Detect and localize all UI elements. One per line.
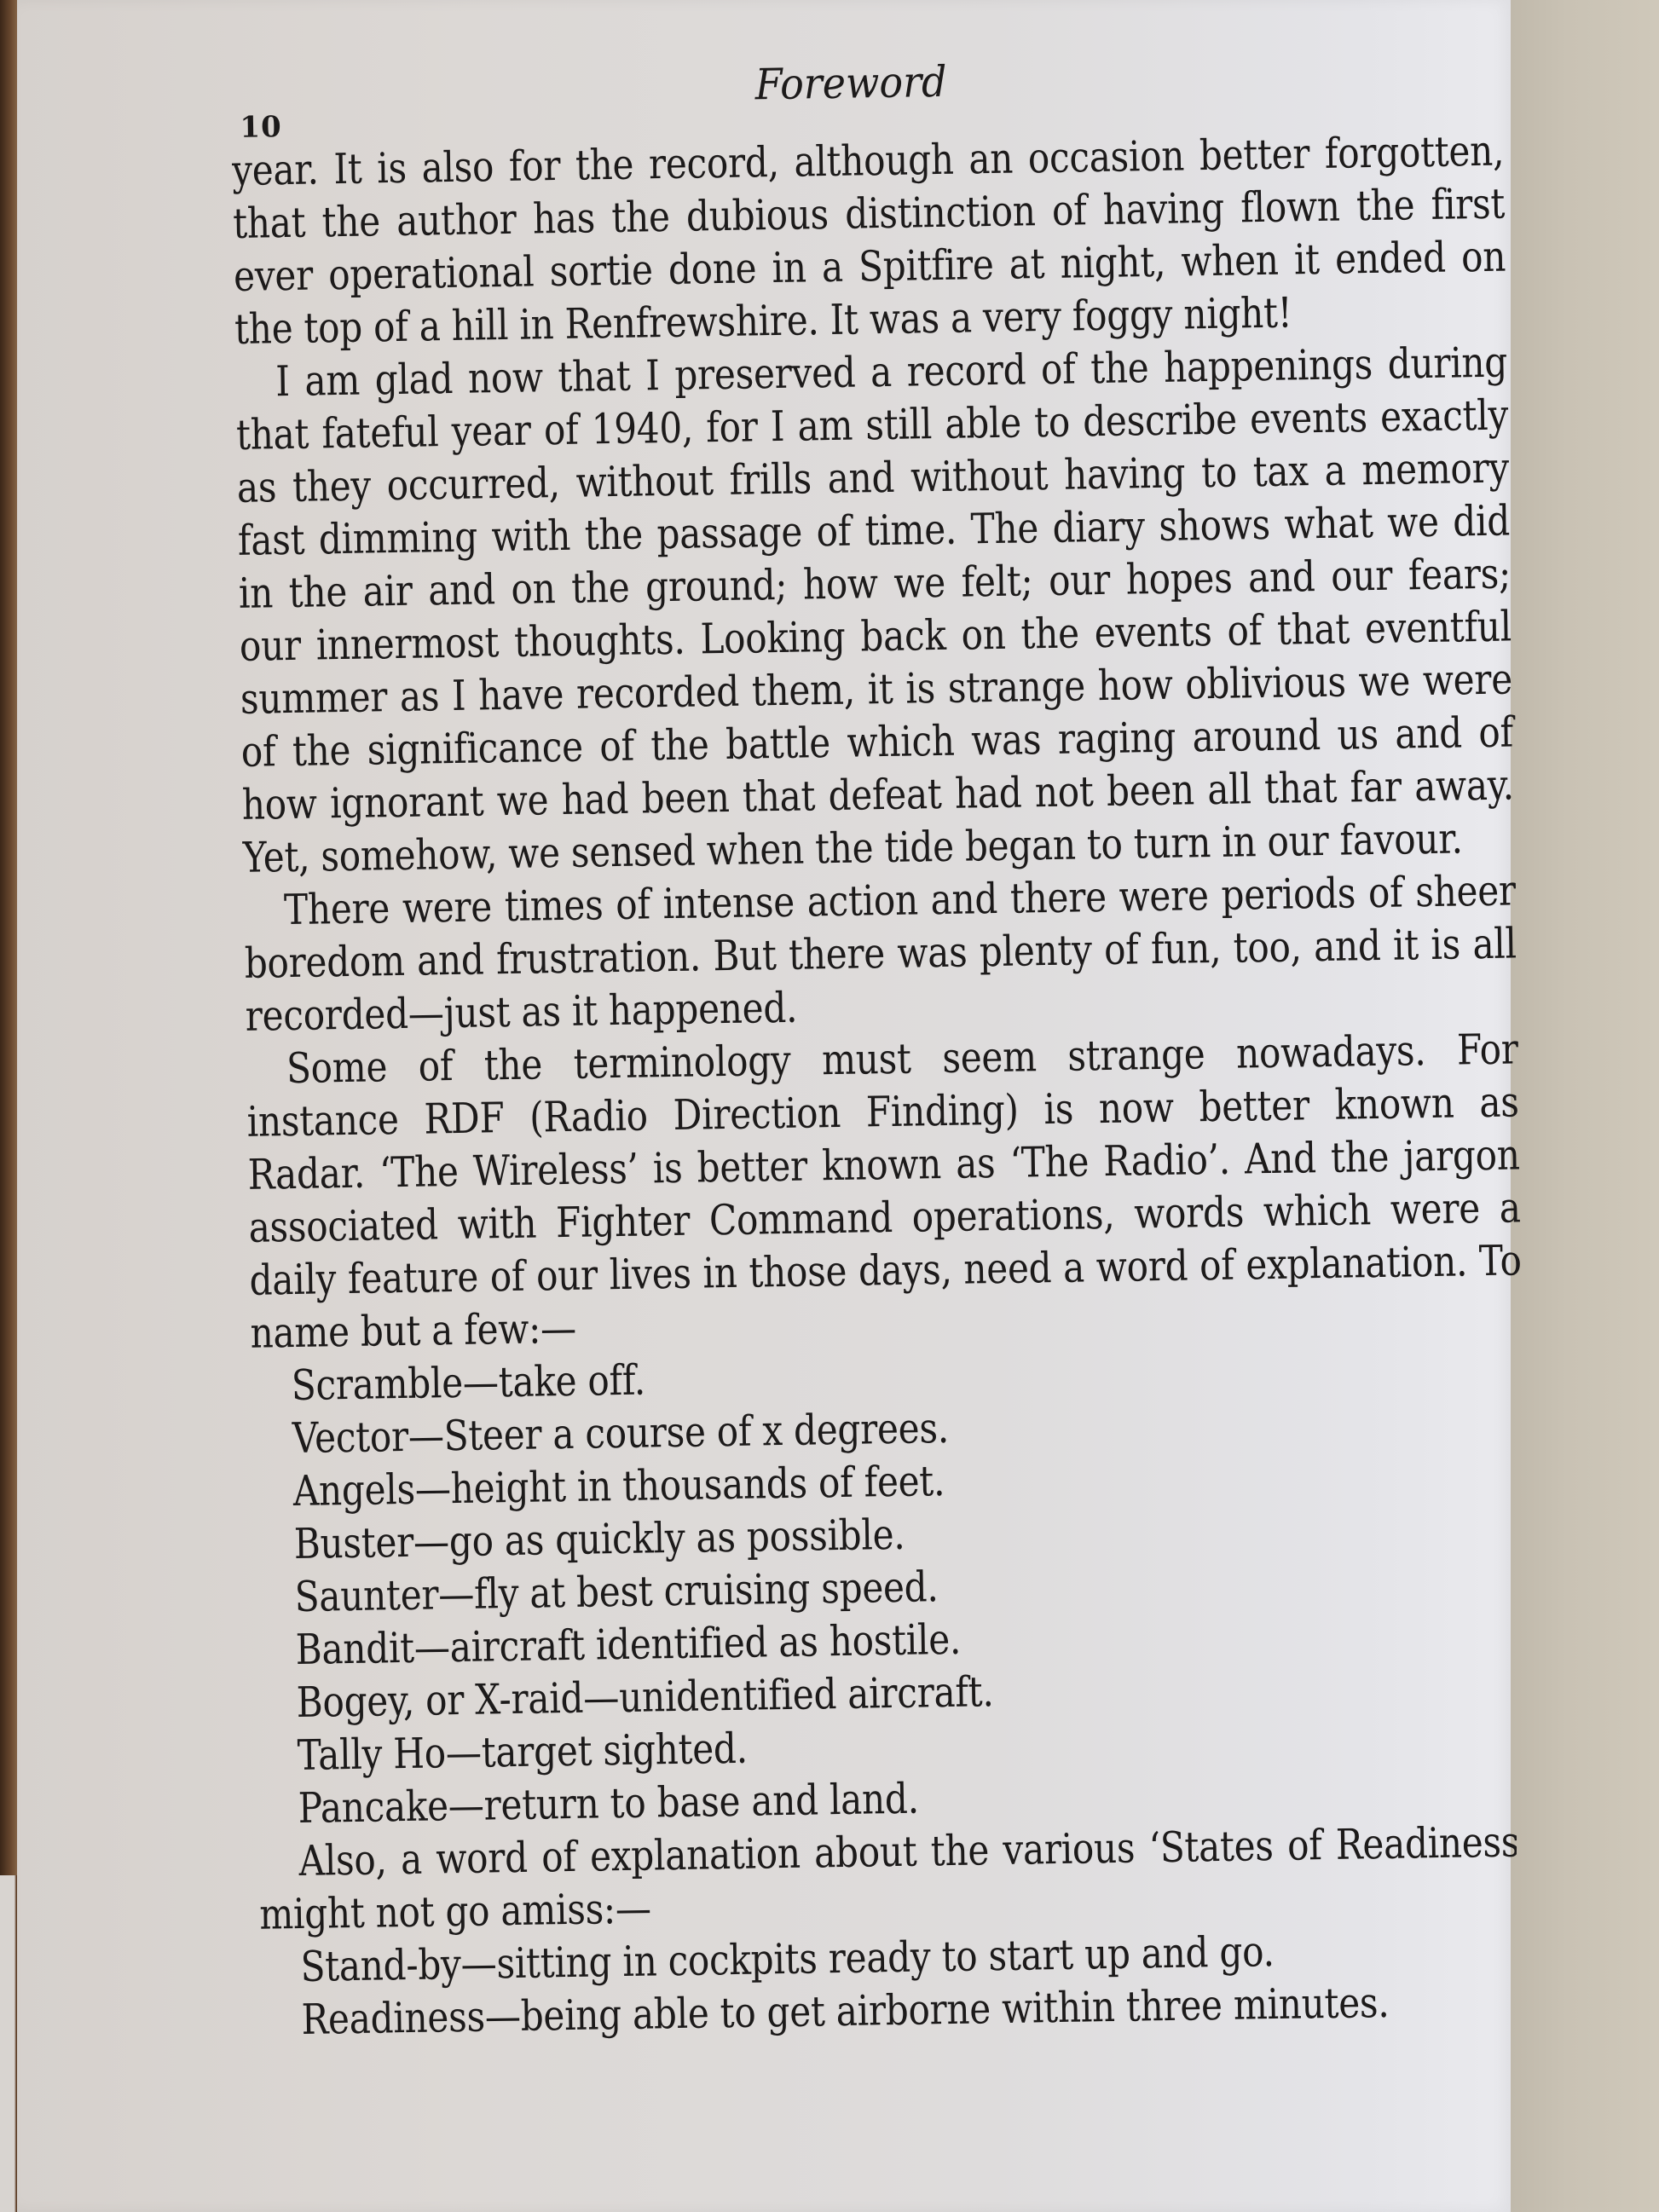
paragraph-terminology: Some of the terminology must seem strang… [246,1023,1523,1360]
page-content: 10 Foreword year. It is also for the rec… [230,32,1532,2047]
facing-page [1506,0,1659,2212]
paragraph-readiness: Also, a word of explanation about the va… [258,1816,1532,1941]
page-number: 10 [240,110,282,145]
body-text: year. It is also for the record, althoug… [232,125,1534,2047]
paragraph-record: year. It is also for the record, althoug… [232,125,1507,356]
readiness-list: Stand-by—sitting in cockpits ready to st… [260,1921,1534,2047]
paragraph-action: There were times of intense action and t… [243,864,1517,1042]
paragraph-diary: I am glad now that I preserved a record … [235,337,1516,885]
jargon-list: Scramble—take off. Vector—Steer a course… [251,1340,1530,1835]
book-page: 10 Foreword year. It is also for the rec… [17,0,1511,2212]
chapter-title: Foreword [754,57,947,110]
